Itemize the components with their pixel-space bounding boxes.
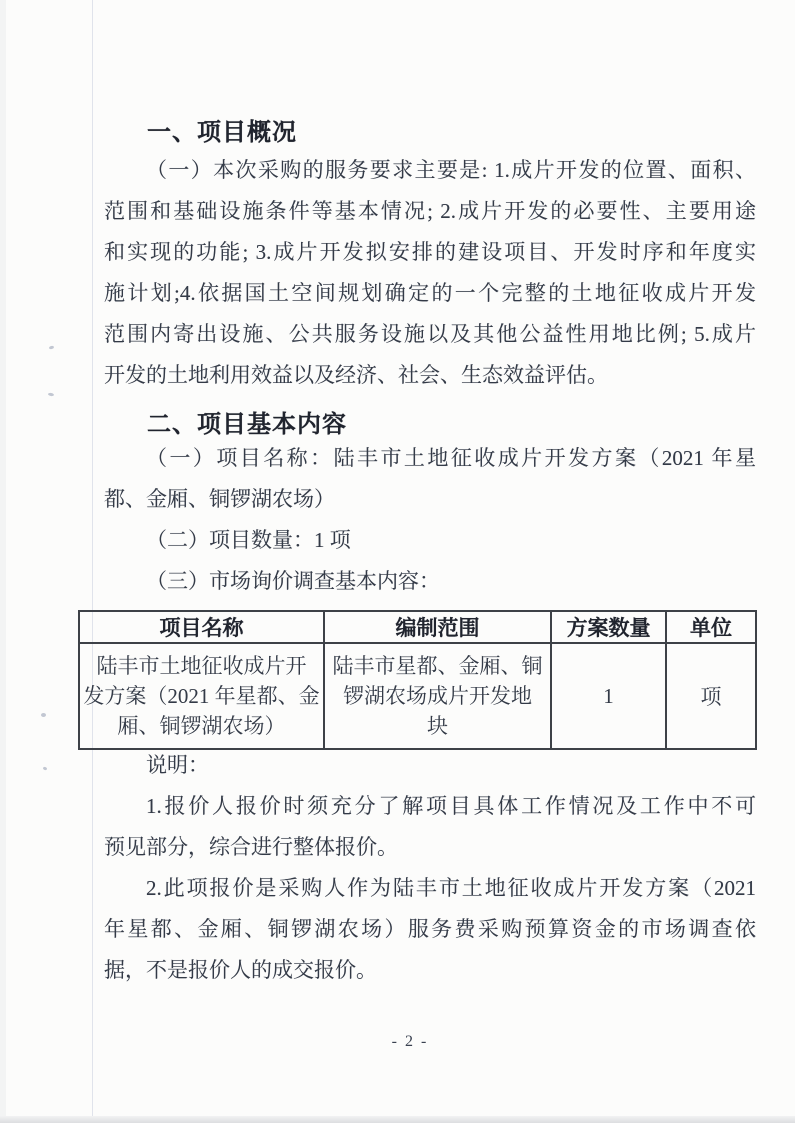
table-cell-unit: 项: [666, 643, 756, 749]
text-line: 说明：: [104, 745, 756, 786]
survey-content-item: （三）市场询价调查基本内容：: [104, 561, 756, 602]
table-header-scope: 编制范围: [324, 611, 551, 643]
section-2-heading: 二、项目基本内容: [147, 404, 347, 439]
table-cell-project-name: 陆丰市土地征收成片开发方案（2021 年星都、金厢、铜锣湖农场）: [79, 643, 324, 749]
text-line: 预见部分，综合进行整体报价。: [104, 827, 756, 868]
table-header-project-name: 项目名称: [79, 611, 324, 643]
text-line: 施计划;4.依据国土空间规划确定的一个完整的土地征收成片开发: [104, 273, 756, 314]
text-line: 发方案（2021 年星都、金: [80, 681, 323, 711]
text-line: （三）市场询价调查基本内容：: [104, 561, 756, 602]
text-line: 陆丰市星都、金厢、铜: [325, 651, 550, 681]
text-line: （一）项目名称：陆丰市土地征收成片开发方案（2021 年星: [104, 438, 756, 479]
project-quantity-item: （二）项目数量：1 项: [104, 520, 756, 561]
table-header-quantity: 方案数量: [551, 611, 666, 643]
scan-fold-line: [92, 0, 93, 1123]
table-row: 陆丰市土地征收成片开发方案（2021 年星都、金厢、铜锣湖农场） 陆丰市星都、金…: [79, 643, 756, 749]
text-line: （一）本次采购的服务要求主要是: 1.成片开发的位置、面积、: [104, 150, 756, 191]
scan-speck: [43, 766, 48, 770]
text-line: 锣湖农场成片开发地: [325, 681, 550, 711]
text-line: 开发的土地利用效益以及经济、社会、生态效益评估。: [104, 355, 756, 396]
table-cell-scope: 陆丰市星都、金厢、铜锣湖农场成片开发地块: [324, 643, 551, 749]
document-page: 一、项目概况 （一）本次采购的服务要求主要是: 1.成片开发的位置、面积、范围和…: [0, 0, 795, 1123]
text-line: 2.此项报价是采购人作为陆丰市土地征收成片开发方案（2021: [104, 868, 756, 909]
section-1-paragraph: （一）本次采购的服务要求主要是: 1.成片开发的位置、面积、范围和基础设施条件等…: [104, 150, 756, 396]
scan-speck: [41, 713, 46, 717]
scan-speck: [48, 393, 54, 397]
page-number: - 2 -: [104, 1033, 716, 1051]
text-line: 厢、铜锣湖农场）: [80, 711, 323, 741]
table-header-row: 项目名称 编制范围 方案数量 单位: [79, 611, 756, 643]
text-line: 1.报价人报价时须充分了解项目具体工作情况及工作中不可: [104, 786, 756, 827]
scope-text: 陆丰市星都、金厢、铜锣湖农场成片开发地块: [325, 651, 550, 741]
inquiry-table: 项目名称 编制范围 方案数量 单位 陆丰市土地征收成片开发方案（2021 年星都…: [78, 610, 757, 750]
text-line: 块: [325, 711, 550, 741]
text-line: 范围内寄出设施、公共服务设施以及其他公益性用地比例; 5.成片: [104, 314, 756, 355]
text-line: 据，不是报价人的成交报价。: [104, 950, 756, 991]
scan-speck: [49, 345, 55, 349]
text-line: 陆丰市土地征收成片开: [80, 651, 323, 681]
text-line: 范围和基础设施条件等基本情况; 2.成片开发的必要性、主要用途: [104, 191, 756, 232]
note-1: 1.报价人报价时须充分了解项目具体工作情况及工作中不可预见部分，综合进行整体报价…: [104, 786, 756, 868]
scan-bottom-edge: [0, 1116, 795, 1123]
text-line: 和实现的功能; 3.成片开发拟安排的建设项目、开发时序和年度实: [104, 232, 756, 273]
text-line: 都、金厢、铜锣湖农场）: [104, 479, 756, 520]
text-line: 年星都、金厢、铜锣湖农场）服务费采购预算资金的市场调查依: [104, 909, 756, 950]
section-1-heading: 一、项目概况: [147, 112, 297, 147]
scan-left-edge: [0, 0, 6, 1123]
note-2: 2.此项报价是采购人作为陆丰市土地征收成片开发方案（2021年星都、金厢、铜锣湖…: [104, 868, 756, 991]
text-line: （二）项目数量：1 项: [104, 520, 756, 561]
table-cell-quantity: 1: [551, 643, 666, 749]
table-header-unit: 单位: [666, 611, 756, 643]
project-name-text: 陆丰市土地征收成片开发方案（2021 年星都、金厢、铜锣湖农场）: [80, 651, 323, 741]
notes-label: 说明：: [104, 745, 756, 786]
project-name-item: （一）项目名称：陆丰市土地征收成片开发方案（2021 年星都、金厢、铜锣湖农场）: [104, 438, 756, 520]
